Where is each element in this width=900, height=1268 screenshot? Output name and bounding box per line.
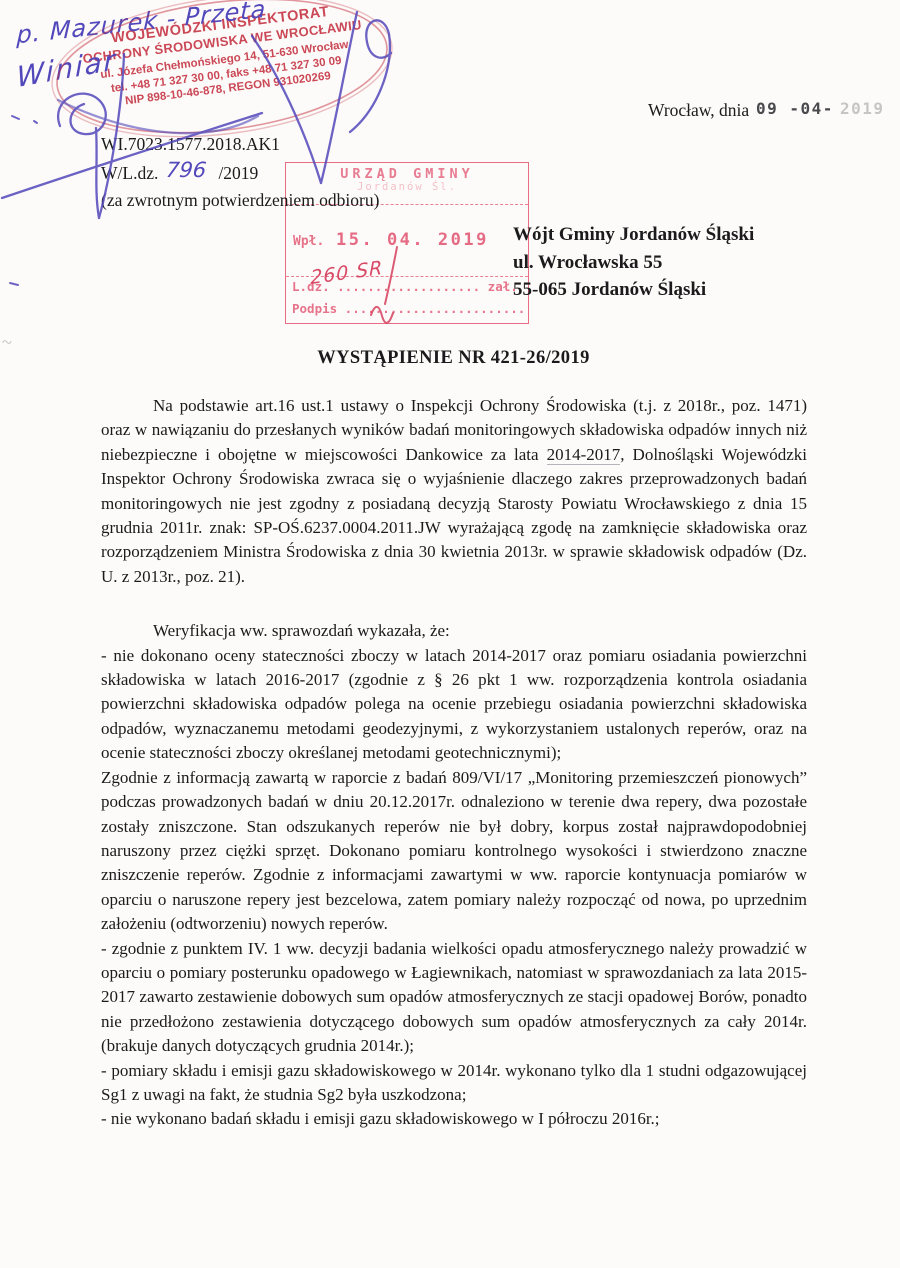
ldz-prefix: W/L.dz. — [101, 163, 158, 183]
finding-item-3: - pomiary składu i emisji gazu składowis… — [101, 1059, 807, 1108]
margin-smudge-mark: ~ — [1, 331, 14, 353]
recipient-block: Wójt Gminy Jordanów Śląski ul. Wrocławsk… — [513, 221, 754, 304]
document-title: WYSTĄPIENIE NR 421-26/2019 — [100, 348, 807, 369]
ink-dot-3 — [10, 283, 18, 285]
dateline-label: Wrocław, dnia — [648, 100, 749, 121]
date-stamp-day-month: 09 -04- — [756, 99, 834, 118]
handwritten-case-number: 796 — [165, 157, 208, 185]
reference-block: WI.7023.1577.2018.AK1 W/L.dz.796/2019 (z… — [101, 131, 379, 215]
descender-left — [96, 128, 99, 218]
p1-underlined-years: 2014-2017 — [547, 445, 621, 465]
delivery-note: (za zwrotnym potwierdzeniem odbioru) — [101, 187, 379, 215]
ldz-line: W/L.dz.796/2019 — [101, 159, 379, 188]
letter-body: Na podstawie art.16 ust.1 ustawy o Inspe… — [101, 394, 807, 1132]
reference-number: WI.7023.1577.2018.AK1 — [101, 131, 379, 159]
office-stamp-signature-row: Podpis ......................... — [292, 301, 526, 316]
finding-item-4: - nie wykonano badań składu i emisji gaz… — [101, 1107, 807, 1131]
recipient-street: ul. Wrocławska 55 — [513, 249, 754, 277]
finding-item-1-note: Zgodnie z informacją zawartą w raporcie … — [101, 766, 807, 937]
received-label: Wpł. — [293, 234, 324, 249]
finding-item-2: - zgodnie z punktem IV. 1 ww. decyzji ba… — [101, 937, 807, 1059]
received-date-stamp: 15. 04. 2019 — [336, 230, 489, 250]
ldz-suffix: /2019 — [218, 163, 258, 183]
scanned-letter-page: WOJEWÓDZKI INSPEKTORAT OCHRONY ŚRODOWISK… — [0, 0, 900, 1268]
finding-item-1: - nie dokonano oceny stateczności zboczy… — [101, 644, 807, 766]
p1-part2: , Dolnośląski Wojewódzki Inspektor Ochro… — [101, 445, 807, 586]
recipient-city: 55-065 Jordanów Śląski — [513, 276, 754, 304]
recipient-name: Wójt Gminy Jordanów Śląski — [513, 221, 754, 249]
date-stamp: 09 -04-2019 — [756, 99, 884, 118]
ink-dot-2 — [34, 121, 37, 123]
paragraph-legal-basis: Na podstawie art.16 ust.1 ustawy o Inspe… — [101, 394, 807, 589]
ink-dot-1 — [12, 116, 19, 119]
paragraph-verification-intro: Weryfikacja ww. sprawozdań wykazała, że: — [101, 619, 807, 643]
date-stamp-year: 2019 — [840, 99, 885, 118]
